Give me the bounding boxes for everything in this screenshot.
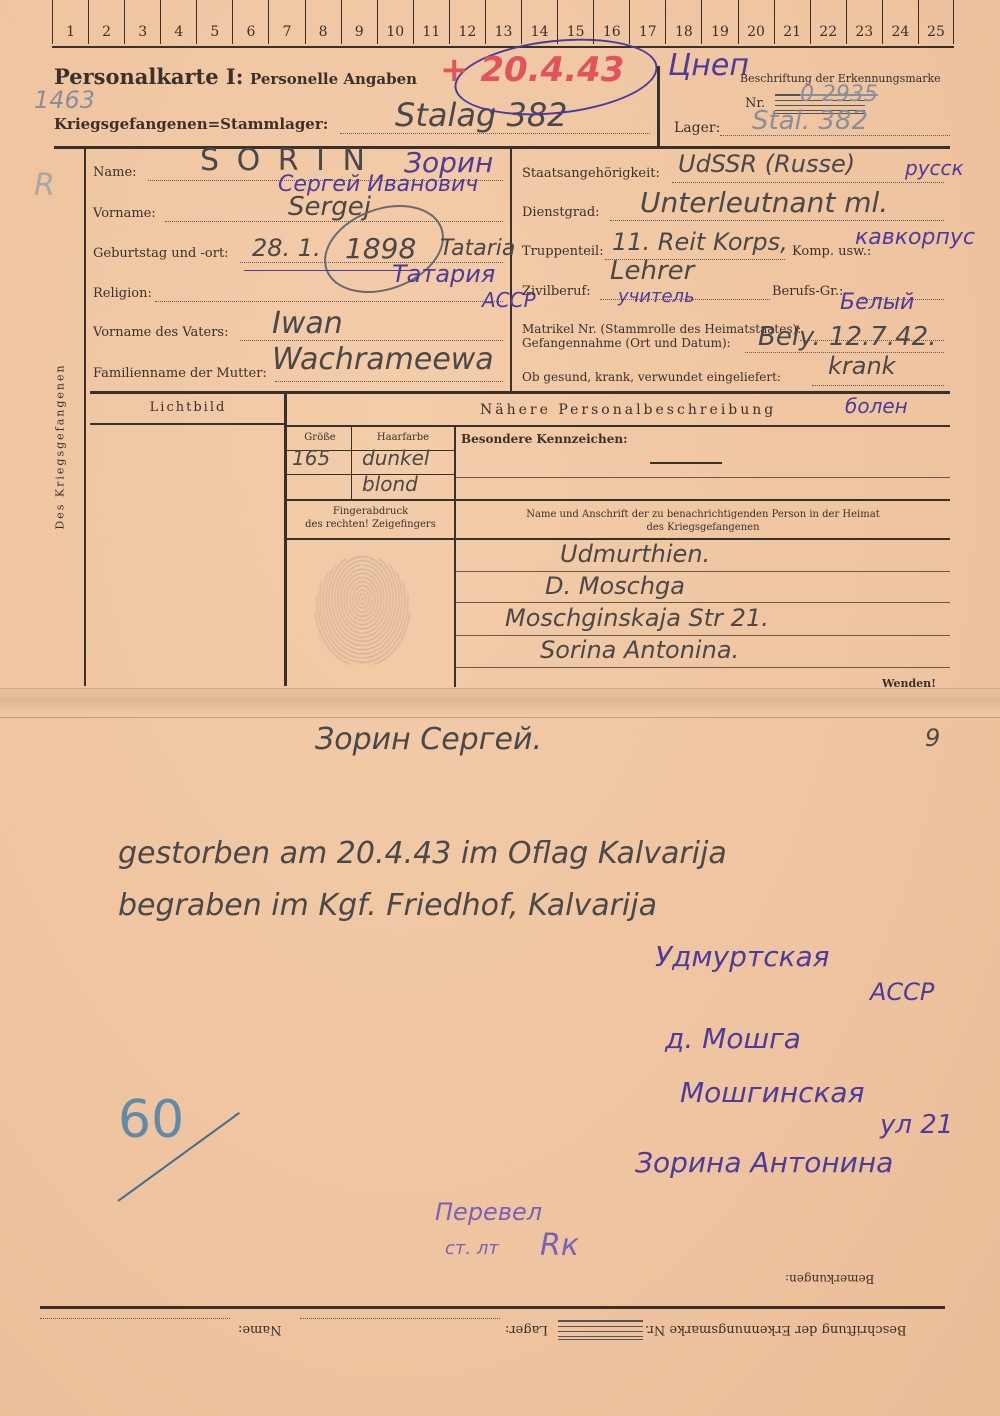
contact-line-3: Moschginskaja Str 21.	[505, 604, 769, 632]
matrikel-cyrillic: Белый	[840, 290, 914, 315]
birth-place-cyrillic: Татария	[392, 260, 495, 288]
death-note-line-2: begraben im Kgf. Friedhof, Kalvarija	[118, 888, 657, 923]
ruler-cell: 1	[52, 0, 88, 44]
birth-underline	[244, 270, 414, 271]
birth-place: Tataria	[440, 236, 515, 261]
mother-label: Familienname der Mutter:	[93, 366, 267, 381]
height-label: Größe	[290, 432, 350, 443]
archive-number: 1463	[34, 86, 95, 114]
address-line-2: АССР	[870, 978, 934, 1006]
upside-tag-lines	[558, 1320, 643, 1340]
civil-cyrillic: учитель	[618, 286, 695, 307]
rank-label: Dienstgrad:	[522, 205, 600, 220]
address-line-6: Зорина Антонина	[635, 1146, 893, 1179]
ruler-cell: 23	[846, 0, 882, 44]
religion-label: Religion:	[93, 286, 152, 301]
address-line-3: д. Мошга	[665, 1022, 801, 1055]
nationality-label: Staatsangehörigkeit:	[522, 166, 660, 181]
translator-signature: Rк	[540, 1228, 579, 1263]
upside-lager-label: Lager:	[505, 1322, 548, 1337]
nationality-cyrillic: русск	[905, 156, 964, 180]
ruler-cell: 5	[196, 0, 232, 44]
ruler-cell: 20	[738, 0, 774, 44]
tag-annotation: Цнеп	[668, 48, 749, 83]
death-date-stamp: + 20.4.43	[440, 50, 624, 90]
vorname-label: Vorname:	[93, 206, 156, 221]
rank-value: Unterleutnant ml.	[640, 186, 888, 219]
ruler-cell: 21	[774, 0, 810, 44]
tag-lager-value: Stal. 382	[752, 106, 868, 136]
civil-value: Lehrer	[610, 256, 694, 286]
capture-label-text: Gefangennahme (Ort und Datum):	[522, 336, 731, 350]
ruler-cell: 18	[665, 0, 701, 44]
unit-label: Truppenteil:	[522, 244, 604, 259]
health-value: krank	[828, 352, 896, 380]
ruler-cell: 6	[232, 0, 268, 44]
health-label: Ob gesund, krank, verwundet eingeliefert…	[522, 370, 781, 384]
marks-label: Besondere Kennzeichen:	[461, 432, 628, 446]
vorname-cyrillic: Сергей Иванович	[278, 172, 478, 197]
contact-line-4: Sorina Antonina.	[540, 636, 739, 664]
father-value: Iwan	[272, 306, 343, 341]
ruler-cell: 25	[918, 0, 954, 44]
document-page: 1234567891011121314151617181920212223242…	[0, 0, 1000, 1416]
birth-date: 28. 1.	[252, 234, 321, 262]
company-cyrillic: кавкорпус	[855, 225, 975, 250]
group-label: Berufs-Gr.:	[772, 284, 843, 299]
tag-lager-label: Lager:	[674, 120, 720, 136]
contact-label-1: Name und Anschrift der zu benachrichtige…	[456, 509, 950, 520]
ruler-cell: 16	[593, 0, 629, 44]
contact-line-2: D. Moschga	[545, 572, 685, 600]
upside-remarks: Bemerkungen:	[785, 1272, 874, 1286]
hair-value-2: blond	[362, 472, 418, 496]
civil-label: Zivilberuf:	[522, 284, 591, 299]
section-title: Nähere Personalbeschreibung	[480, 402, 776, 418]
nationality-value: UdSSR (Russe)	[678, 150, 855, 178]
side-label: Des Kriegsgefangenen	[45, 300, 69, 600]
ruler-cell: 13	[485, 0, 521, 44]
height-value: 165	[292, 446, 330, 470]
translator-line-1: Перевел	[435, 1198, 542, 1226]
hair-value-1: dunkel	[362, 446, 430, 470]
address-line-4: Мошгинская	[680, 1076, 864, 1109]
ruler-cell: 14	[521, 0, 557, 44]
ruler-cell: 19	[701, 0, 737, 44]
photo-area	[90, 425, 284, 685]
ruler-cell: 9	[341, 0, 377, 44]
translator-line-2: ст. лт	[445, 1238, 499, 1259]
contact-label-2: des Kriegsgefangenen	[456, 522, 950, 533]
ruler-cell: 24	[882, 0, 918, 44]
ruler-cell: 3	[124, 0, 160, 44]
photo-label: Lichtbild	[90, 400, 286, 415]
ruler-cell: 22	[810, 0, 846, 44]
card-subtitle: Personelle Angaben	[250, 70, 417, 88]
blue-number: 60	[118, 1090, 184, 1150]
tag-nr-value: 0-2935	[800, 82, 878, 107]
health-cyrillic: болен	[845, 394, 908, 418]
ruler-cell: 2	[88, 0, 124, 44]
number-ruler: 1234567891011121314151617181920212223242…	[52, 0, 954, 48]
page-number: 9	[925, 724, 940, 752]
ruler-cell: 12	[449, 0, 485, 44]
address-line-5: ул 21	[880, 1110, 953, 1140]
name-label: Name:	[93, 165, 137, 180]
mother-value: Wachrameewa	[272, 342, 494, 377]
death-note-line-1: gestorben am 20.4.43 im Oflag Kalvarija	[118, 836, 727, 871]
ruler-cell: 17	[629, 0, 665, 44]
card-fold	[0, 688, 1000, 718]
contact-line-1: Udmurthien.	[560, 540, 710, 568]
upside-tag-label: Beschriftung der Erkennungsmarke Nr.	[645, 1322, 907, 1337]
fingerprint-label-2: des rechten! Zeigefingers	[287, 519, 454, 530]
father-label: Vorname des Vaters:	[93, 325, 228, 340]
fingerprint-impression	[315, 555, 410, 665]
capture-value: Bely. 12.7.42.	[758, 322, 936, 352]
lower-name-cyrillic: Зорин Сергей.	[315, 722, 542, 757]
birth-label: Geburtstag und -ort:	[93, 246, 229, 261]
ruler-cell: 4	[160, 0, 196, 44]
ruler-cell: 15	[557, 0, 593, 44]
hair-label: Haarfarbe	[354, 432, 452, 443]
ruler-cell: 8	[305, 0, 341, 44]
ruler-cell: 11	[413, 0, 449, 44]
camp-label: Kriegsgefangenen=Stammlager:	[54, 115, 328, 133]
margin-mark: R	[34, 168, 55, 203]
fingerprint-label-1: Fingerabdruck	[287, 506, 454, 517]
ruler-cell: 10	[377, 0, 413, 44]
address-line-1: Удмуртская	[655, 940, 830, 973]
unit-value: 11. Reit Korps,	[612, 228, 788, 256]
upside-name-label: Name:	[238, 1322, 282, 1337]
ruler-cell: 7	[268, 0, 304, 44]
